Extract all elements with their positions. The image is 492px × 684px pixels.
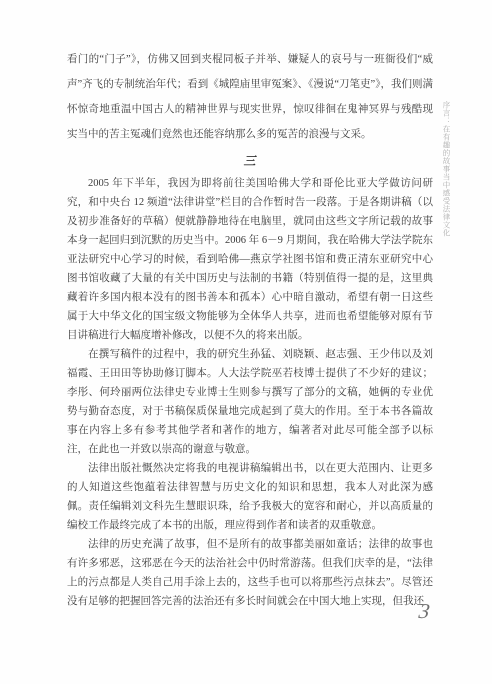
paragraph: 法律的历史充满了故事，但不是所有的故事都美丽如童话；法律的故事也有许多邪恶，这邪… [67, 535, 433, 611]
page-number: 3 [417, 599, 431, 624]
section-number-header: 三 [67, 152, 433, 170]
book-page: 看门的“门子”》，仿佛又回到夹棍同板子并举、嫌疑人的哀号与一班衙役们“威声”齐飞… [0, 0, 492, 684]
paragraph: 2005 年下半年，我因为即将前往美国哈佛大学和哥伦比亚大学做访问研究，和中央台… [67, 174, 433, 345]
paragraph: 在撰写稿件的过程中，我的研究生孙猛、刘晓颖、赵志强、王少伟以及刘福霞、王田田等协… [67, 345, 433, 459]
paragraph-continued-from-previous-page: 看门的“门子”》，仿佛又回到夹棍同板子并举、嫌疑人的哀号与一班衙役们“威声”齐飞… [67, 47, 433, 147]
main-text-block: 看门的“门子”》，仿佛又回到夹棍同板子并举、嫌疑人的哀号与一班衙役们“威声”齐飞… [67, 47, 433, 611]
paragraph: 法律出版社慨然决定将我的电视讲稿编辑出书，以在更大范围内、让更多的人知道这些饱蕴… [67, 459, 433, 535]
running-margin-title-vertical: 序言：在有趣的故事当中感受法律文化 [440, 101, 453, 401]
